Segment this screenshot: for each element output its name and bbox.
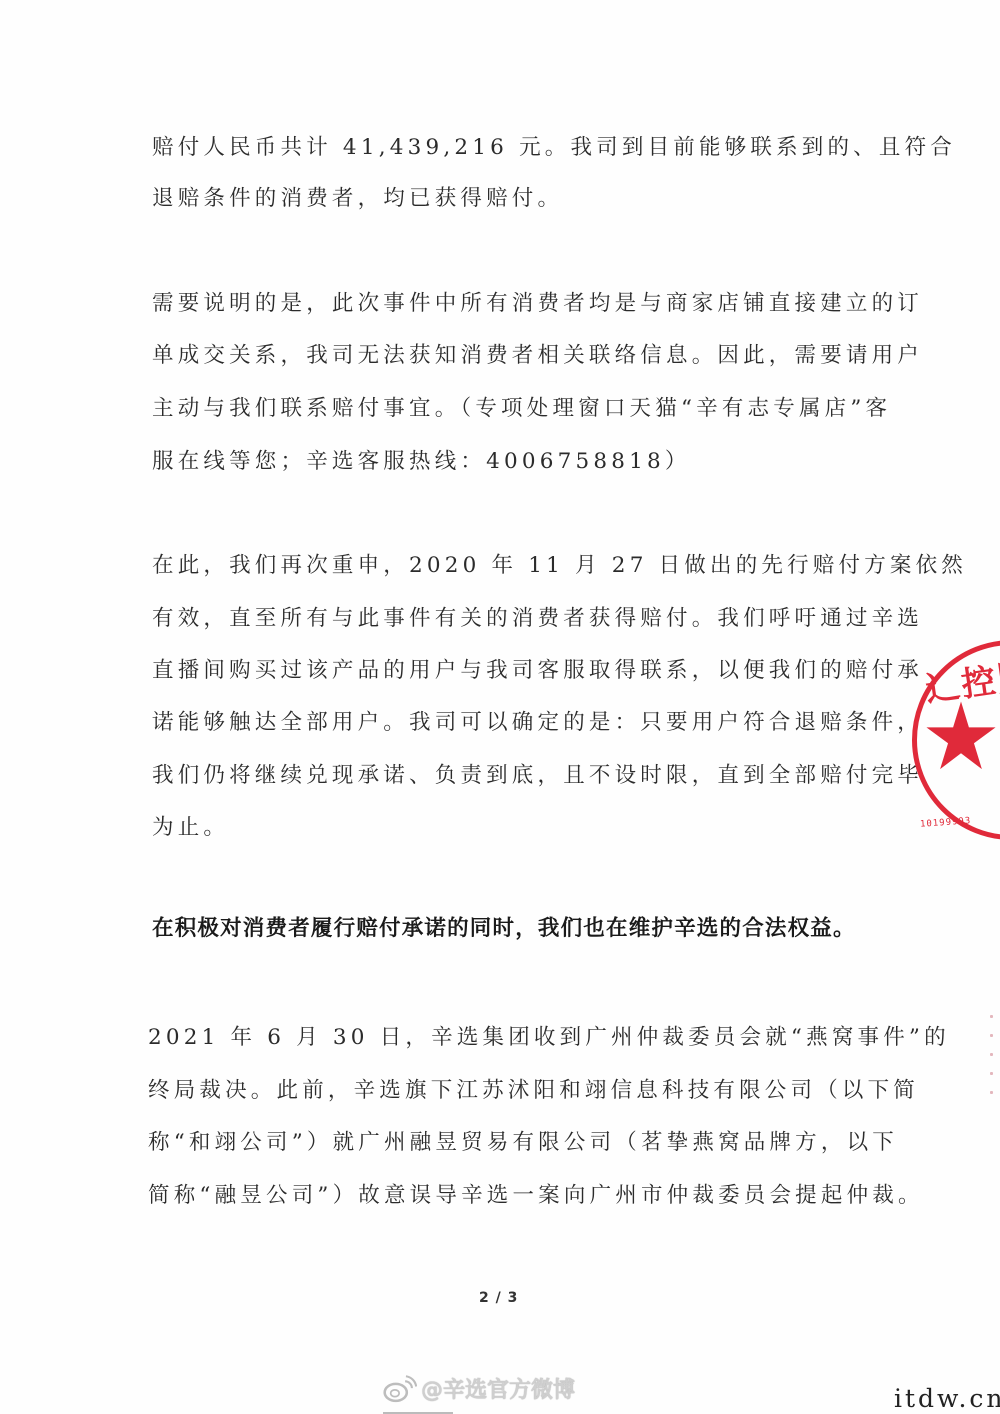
paragraph-rights-statement: 在积极对消费者履行赔付承诺的同时，我们也在维护辛选的合法权益。 (152, 914, 856, 944)
paragraph-contact-line-1: 需要说明的是，此次事件中所有消费者均是与商家店铺直接建立的订 (152, 289, 923, 319)
page-number: 2 / 3 (479, 1290, 518, 1306)
site-watermark: itdw.cn (894, 1384, 1000, 1413)
edge-seal-marks (990, 1015, 994, 1105)
paragraph-arbitration-line-4: 简称“融昱公司”）故意误导辛选一案向广州市仲裁委员会提起仲裁。 (148, 1181, 924, 1211)
paragraph-reaffirmation-line-3: 直播间购买过该产品的用户与我司客服取得联系，以便我们的赔付承 (152, 656, 923, 686)
paragraph-contact-line-3: 主动与我们联系赔付事宜。（专项处理窗口天猫“辛有志专属店”客 (152, 394, 891, 424)
watermark-text: @辛选官方微博 (421, 1373, 575, 1404)
paragraph-reaffirmation-line-5: 我们仍将继续兑现承诺、负责到底，且不设时限，直到全部赔付完毕 (152, 761, 923, 791)
weibo-watermark: @辛选官方微博 (383, 1373, 575, 1404)
paragraph-compensation-line-2: 退赔条件的消费者，均已获得赔付。 (152, 184, 563, 214)
document-page: 赔付人民币共计 41,439,216 元。我司到目前能够联系到的、且符合 退赔条… (0, 0, 1000, 1414)
paragraph-arbitration-line-3: 称“和翊公司”）就广州融昱贸易有限公司（茗挚燕窝品牌方，以下 (148, 1128, 898, 1158)
paragraph-reaffirmation-line-2: 有效，直至所有与此事件有关的消费者获得赔付。我们呼吁通过辛选 (152, 604, 923, 634)
paragraph-arbitration-line-2: 终局裁决。此前，辛选旗下江苏沭阳和翊信息科技有限公司（以下简 (148, 1076, 919, 1106)
paragraph-reaffirmation-line-4: 诺能够触达全部用户。我司可以确定的是：只要用户符合退赔条件， (152, 708, 923, 738)
paragraph-contact-line-4: 服在线等您；辛选客服热线：4006758818） (152, 447, 691, 477)
paragraph-reaffirmation-line-1: 在此，我们再次重申，2020 年 11 月 27 日做出的先行赔付方案依然 (152, 551, 967, 581)
seal-star-icon (925, 700, 997, 772)
paragraph-contact-line-2: 单成交关系，我司无法获知消费者相关联络信息。因此，需要请用户 (152, 341, 923, 371)
paragraph-arbitration-line-1: 2021 年 6 月 30 日，辛选集团收到广州仲裁委员会就“燕窝事件”的 (148, 1023, 950, 1053)
paragraph-reaffirmation-line-6: 为止。 (152, 813, 229, 843)
weibo-icon (383, 1374, 417, 1404)
paragraph-compensation-line-1: 赔付人民币共计 41,439,216 元。我司到目前能够联系到的、且符合 (152, 133, 956, 163)
